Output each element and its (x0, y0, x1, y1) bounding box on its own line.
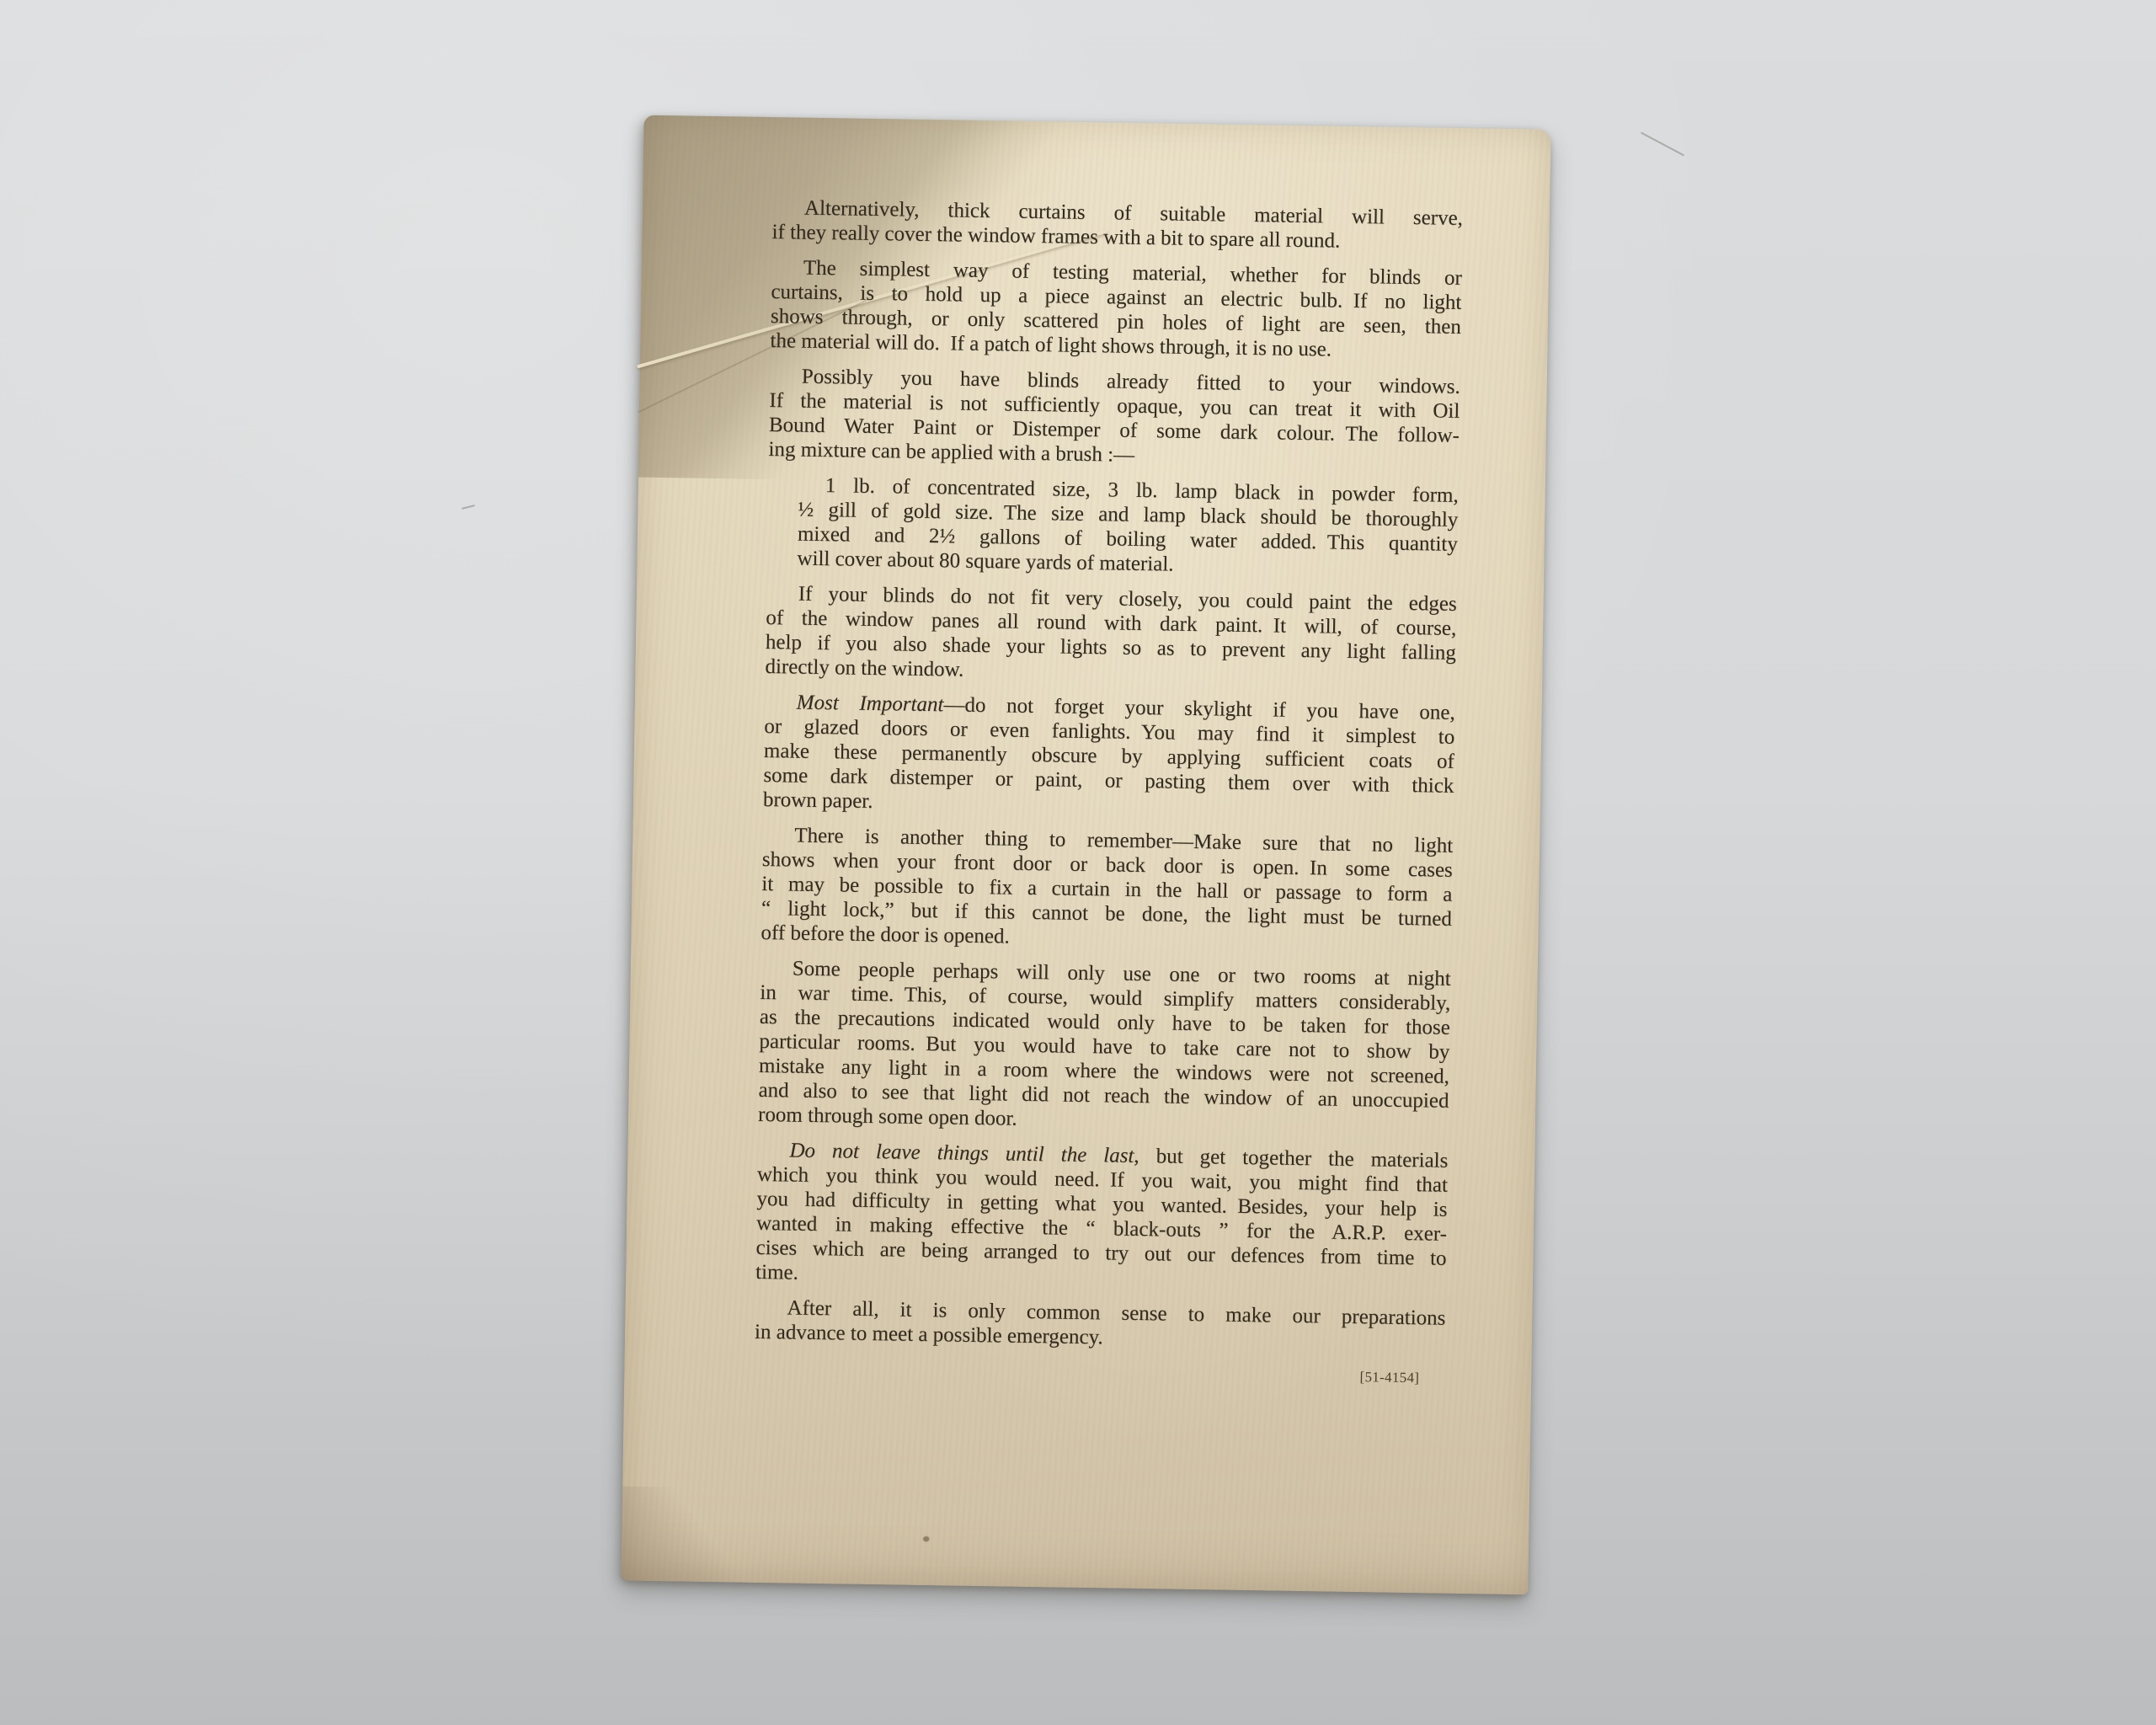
scratch-mark (462, 505, 475, 510)
paper-speck (923, 1536, 929, 1541)
paragraph: After all, it is only common sense to ma… (755, 1295, 1446, 1355)
photo-background: Alternatively, thick curtains of suitabl… (0, 0, 2156, 1725)
paragraph: Alternatively, thick curtains of suitabl… (771, 195, 1463, 255)
scratch-mark (1641, 132, 1684, 157)
paragraph: Possibly you have blinds already fitted … (768, 364, 1460, 473)
pamphlet-page: Alternatively, thick curtains of suitabl… (621, 115, 1550, 1595)
paragraph: Some people perhaps will only use one or… (758, 956, 1451, 1138)
paragraph: There is another thing to remember—Make … (760, 823, 1453, 956)
print-code: [51-4154] (754, 1355, 1444, 1391)
paragraph: Most Important—do not forget your skylig… (763, 690, 1455, 823)
paragraph: The simplest way of testing material, wh… (770, 255, 1462, 364)
paragraph: If your blinds do not fit very closely, … (765, 581, 1457, 690)
paragraph: 1 lb. of concentrated size, 3 lb. lamp b… (797, 473, 1459, 581)
text-column: Alternatively, thick curtains of suitabl… (754, 195, 1463, 1391)
bottom-left-crease (621, 1486, 749, 1582)
paragraphs: Alternatively, thick curtains of suitabl… (755, 195, 1463, 1355)
paragraph: Do not leave things until the last, but … (755, 1138, 1449, 1295)
